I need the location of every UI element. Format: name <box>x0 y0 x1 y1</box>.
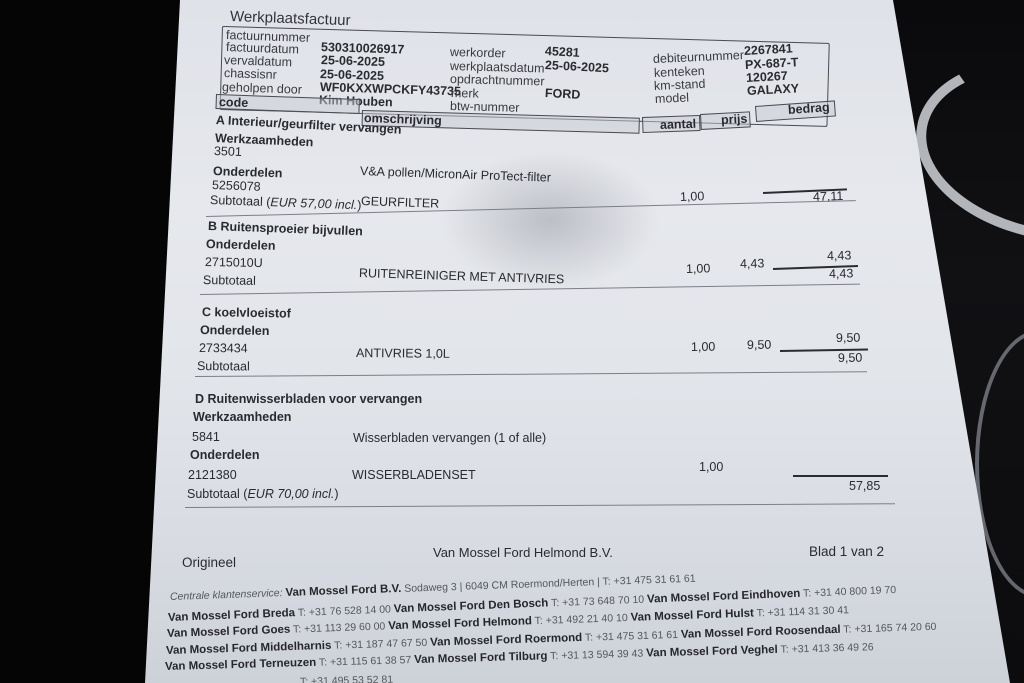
section-b-part-code: 2715010U <box>205 255 263 270</box>
label-model: model <box>655 91 690 106</box>
branch-roermond: Van Mossel Ford Roermond <box>430 632 582 649</box>
branch-phone: T: +31 113 29 60 00 <box>293 620 386 635</box>
footer-central-label: Centrale klantenservice: <box>170 587 283 603</box>
invoice-paper: Werkplaatsfactuur factuurnummer factuurd… <box>0 0 1024 683</box>
branch-den-bosch: Van Mossel Ford Den Bosch <box>394 597 549 615</box>
section-d-part-code: 2121380 <box>188 468 237 482</box>
branch-phone: T: +31 475 31 61 61 <box>585 629 678 644</box>
branch-roosendaal: Van Mossel Ford Roosendaal <box>681 624 841 641</box>
section-c-part-desc: ANTIVRIES 1,0L <box>356 346 450 361</box>
section-b-onderdelen-label: Onderdelen <box>206 237 276 253</box>
section-d-werkzaamheden-label: Werkzaamheden <box>193 410 291 424</box>
section-a-part-code: 5256078 <box>212 178 261 194</box>
section-a-aantal: 1,00 <box>680 189 705 204</box>
section-c-prijs: 9,50 <box>747 338 772 352</box>
footer-central-name: Van Mossel Ford B.V. <box>285 583 401 599</box>
section-c-title: C koelvloeistof <box>202 305 291 321</box>
section-d-sum-line <box>793 475 888 477</box>
branch-phone: T: +31 413 36 49 26 <box>780 641 873 656</box>
value-merk: FORD <box>545 86 581 102</box>
section-a-subtotal-label: Subtotaal (EUR 57,00 incl.) <box>210 193 362 212</box>
section-c-onderdelen-label: Onderdelen <box>200 323 270 338</box>
section-c-subtotal-label: Subtotaal <box>197 359 250 373</box>
branch-hulst: Van Mossel Ford Hulst <box>630 608 754 624</box>
branch-phone: T: +31 492 21 40 10 <box>534 612 627 627</box>
branch-phone: T: +31 165 74 20 60 <box>843 621 936 636</box>
section-b-title: B Ruitensproeier bijvullen <box>208 219 363 238</box>
section-b-subtotal-label: Subtotaal <box>203 273 256 288</box>
branch-phone: T: +31 495 53 52 81 <box>300 674 393 683</box>
label-werkorder: werkorder <box>450 45 506 60</box>
section-d-subtotal-label: Subtotaal (EUR 70,00 incl.) <box>187 487 339 501</box>
section-b-bedrag: 4,43 <box>827 248 852 263</box>
page-number: Blad 1 van 2 <box>809 544 884 559</box>
column-bedrag-label: bedrag <box>788 100 831 117</box>
section-d-title: D Ruitenwisserbladen voor vervangen <box>195 392 422 406</box>
branch-phone: T: +31 114 31 30 41 <box>756 604 849 619</box>
section-c-aantal: 1,00 <box>691 340 716 354</box>
section-d-aantal: 1,00 <box>699 460 723 474</box>
column-aantal-label: aantal <box>660 117 697 132</box>
section-b-subtotal: 4,43 <box>829 266 854 281</box>
branch-veghel: Van Mossel Ford Veghel <box>646 644 778 660</box>
branch-phone: T: +31 187 47 67 50 <box>334 637 427 652</box>
section-a-part-desc: GEURFILTER <box>361 194 440 211</box>
branch-breda: Van Mossel Ford Breda <box>168 607 296 624</box>
section-d-subtotal: 57,85 <box>849 479 880 493</box>
column-prijs-label: prijs <box>721 112 748 127</box>
branch-phone: T: +31 115 61 38 57 <box>319 654 412 669</box>
branch-phone: T: +31 73 648 70 10 <box>551 594 645 610</box>
branch-middelharnis: Van Mossel Ford Middelharnis <box>166 640 332 657</box>
branch-phone: T: +31 13 594 39 43 <box>550 648 643 663</box>
section-d-part-desc: WISSERBLADENSET <box>352 468 476 482</box>
branch-phone: T: +31 76 528 14 00 <box>298 603 392 619</box>
section-d-onderdelen-label: Onderdelen <box>190 448 259 462</box>
branch-tilburg: Van Mossel Ford Tilburg <box>414 650 548 666</box>
branch-helmond: Van Mossel Ford Helmond <box>388 615 532 632</box>
branch-terneuzen: Van Mossel Ford Terneuzen <box>165 657 317 673</box>
section-c-subtotal: 9,50 <box>838 351 863 365</box>
company-name: Van Mossel Ford Helmond B.V. <box>433 545 613 560</box>
section-divider <box>185 503 895 508</box>
section-d-werk-desc: Wisserbladen vervangen (1 of alle) <box>353 431 546 445</box>
footer-row-5: T: +31 495 53 52 81 <box>300 674 393 683</box>
section-c-bedrag: 9,50 <box>836 331 861 345</box>
branch-eindhoven: Van Mossel Ford Eindhoven <box>647 588 801 606</box>
section-c-part-code: 2733434 <box>199 341 248 355</box>
branch-goes: Van Mossel Ford Goes <box>167 624 291 640</box>
section-b-prijs: 4,43 <box>740 256 765 271</box>
value-model: GALAXY <box>747 81 800 98</box>
section-b-aantal: 1,00 <box>686 261 711 276</box>
footer-central-address: Sodaweg 3 | 6049 CM Roermond/Herten | T:… <box>404 573 696 595</box>
section-d-werk-code: 5841 <box>192 430 220 444</box>
section-a-werk-code: 3501 <box>214 144 242 159</box>
section-divider <box>195 371 867 377</box>
origineel-label: Origineel <box>182 555 236 570</box>
column-code-label: code <box>219 95 249 110</box>
branch-phone: T: +31 40 800 19 70 <box>803 584 897 600</box>
